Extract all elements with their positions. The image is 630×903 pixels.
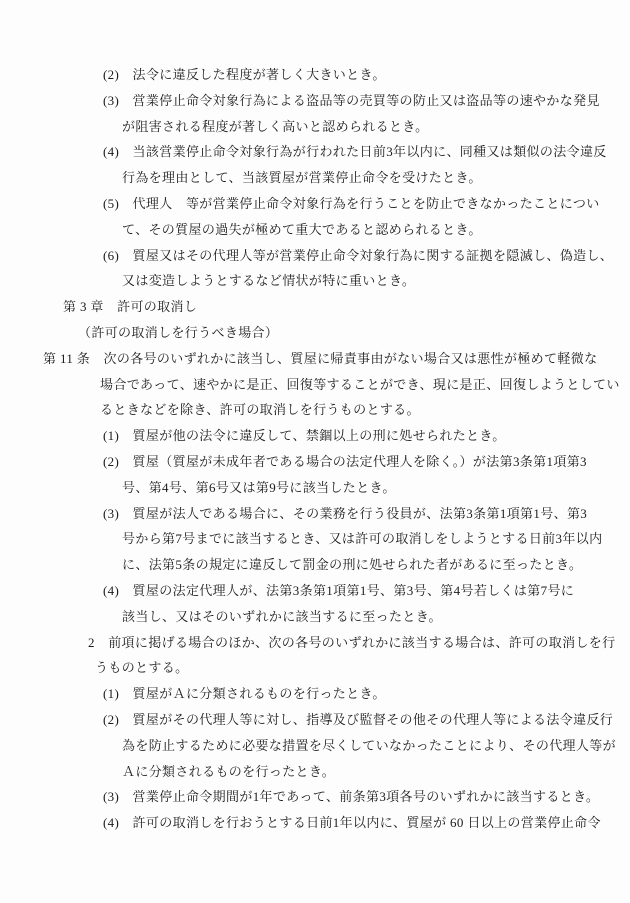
text-line: に、法第5条の規定に違反して罰金の刑に処せられた者があるに至ったとき。 (0, 552, 630, 578)
text-line: (2) 質屋がその代理人等に対し、指導及び監督その他その代理人等による法令違反行 (0, 707, 630, 733)
text-line: (4) 許可の取消しを行おうとする日前1年以内に、質屋が 60 日以上の営業停止… (0, 810, 630, 836)
text-line: が阻害される程度が著しく高いと認められるとき。 (0, 114, 630, 140)
text-line: (2) 法令に違反した程度が著しく大きいとき。 (0, 62, 630, 88)
chapter-heading: 第 3 章 許可の取消し (0, 294, 630, 320)
text-line: 号、第4号、第6号又は第9号に該当したとき。 (0, 475, 630, 501)
text-line: 又は変造しようとするなど情状が特に重いとき。 (0, 268, 630, 294)
text-line: 該当し、又はそのいずれかに該当するに至ったとき。 (0, 604, 630, 630)
document-page: (2) 法令に違反した程度が著しく大きいとき。 (3) 営業停止命令対象行為によ… (0, 0, 630, 903)
text-line: 行為を理由として、当該質屋が営業停止命令を受けたとき。 (0, 165, 630, 191)
text-line: て、その質屋の過失が極めて重大であると認められるとき。 (0, 217, 630, 243)
text-line: (1) 質屋が他の法令に違反して、禁錮以上の刑に処せられたとき。 (0, 423, 630, 449)
text-line: (3) 質屋が法人である場合に、その業務を行う役員が、法第3条第1項第1号、第3 (0, 501, 630, 527)
text-line: (1) 質屋がＡに分類されるものを行ったとき。 (0, 681, 630, 707)
text-line: (3) 営業停止命令期間が1年であって、前条第3項各号のいずれかに該当するとき。 (0, 784, 630, 810)
article-line: 第 11 条 次の各号のいずれかに該当し、質屋に帰責事由がない場合又は悪性が極め… (0, 346, 630, 372)
text-line: 為を防止するために必要な措置を尽くしていなかったことにより、その代理人等が (0, 733, 630, 759)
text-line: (5) 代理人 等が営業停止命令対象行為を行うことを防止できなかったことについ (0, 191, 630, 217)
text-line: Ａに分類されるものを行ったとき。 (0, 759, 630, 785)
text-line: るときなどを除き、許可の取消しを行うものとする。 (0, 397, 630, 423)
text-line: (4) 当該営業停止命令対象行為が行われた日前3年以内に、同種又は類似の法令違反 (0, 139, 630, 165)
text-line: 号から第7号までに該当するとき、又は許可の取消しをしようとする日前3年以内 (0, 526, 630, 552)
text-line: (2) 質屋（質屋が未成年者である場合の法定代理人を除く。）が法第3条第1項第3 (0, 449, 630, 475)
section-heading: （許可の取消しを行うべき場合） (0, 320, 630, 346)
text-line: (6) 質屋又はその代理人等が営業停止命令対象行為に関する証拠を隠滅し、偽造し、 (0, 243, 630, 269)
text-line: (3) 営業停止命令対象行為による盗品等の売買等の防止又は盗品等の速やかな発見 (0, 88, 630, 114)
text-line: うものとする。 (0, 655, 630, 681)
text-line: 場合であって、速やかに是正、回復等することができ、現に是正、回復しようとしてい (0, 372, 630, 398)
document-text-block: (2) 法令に違反した程度が著しく大きいとき。 (3) 営業停止命令対象行為によ… (0, 62, 630, 836)
paragraph-line: 2 前項に掲げる場合のほか、次の各号のいずれかに該当する場合は、許可の取消しを行 (0, 630, 630, 656)
text-line: (4) 質屋の法定代理人が、法第3条第1項第1号、第3号、第4号若しくは第7号に (0, 578, 630, 604)
